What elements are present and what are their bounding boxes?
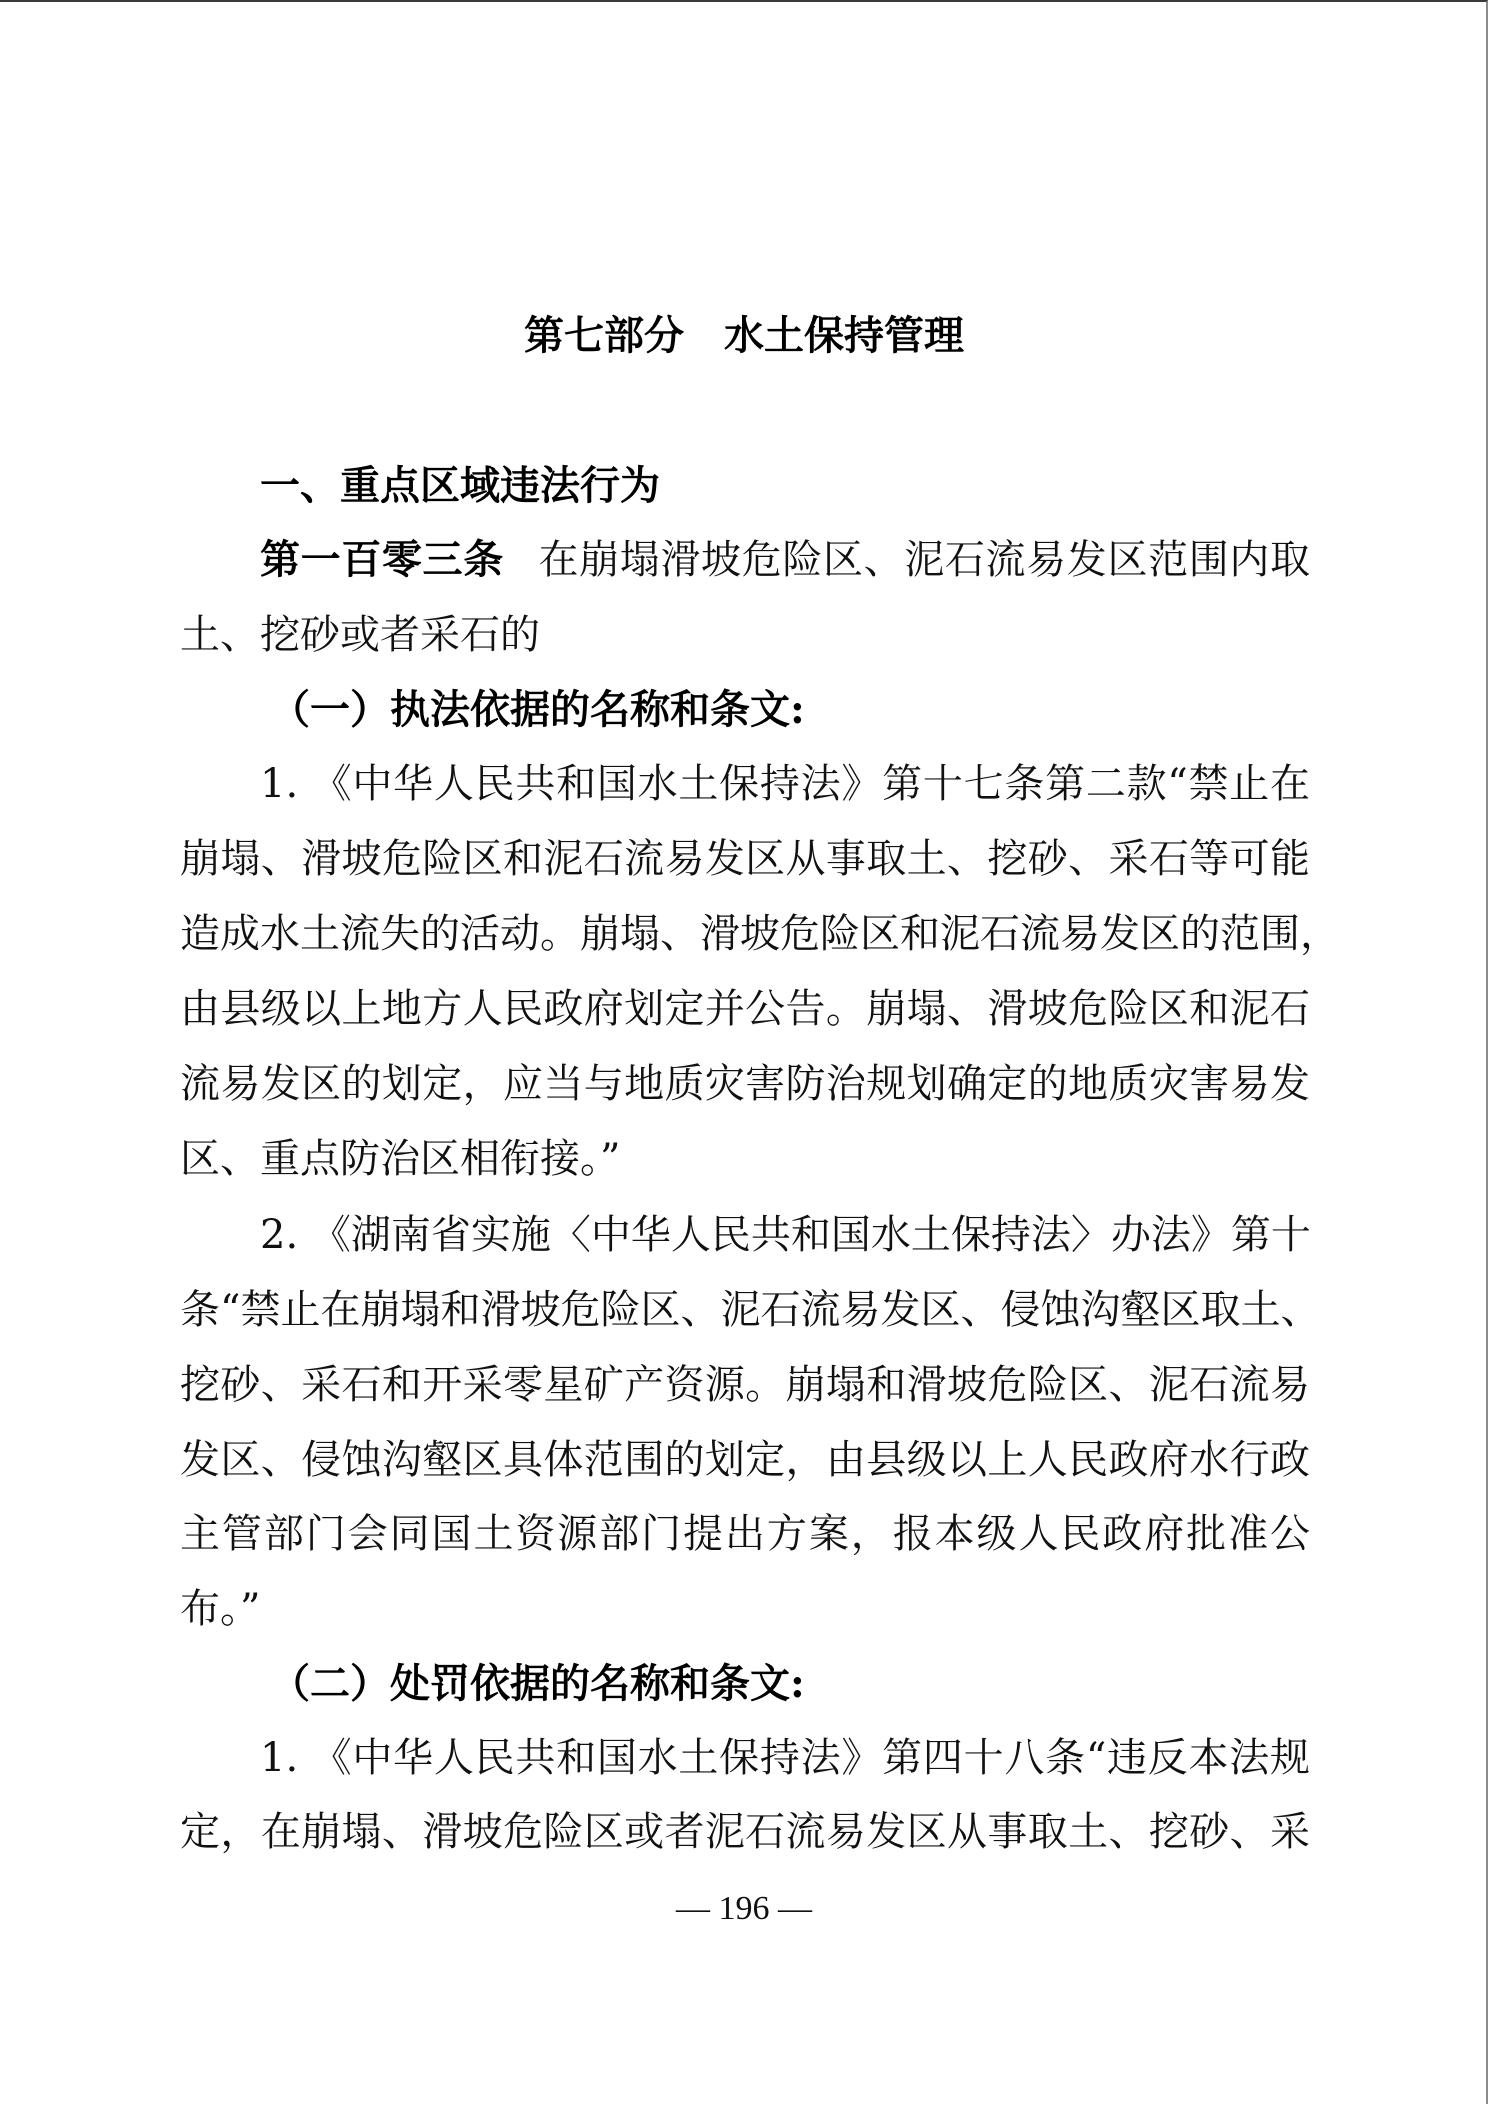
body-line: 条“禁止在崩塌和滑坡危险区、泥石流易发区、侵蚀沟壑区取土、 [180,1288,1310,1332]
body-line: 定，在崩塌、滑坡危险区或者泥石流易发区从事取土、挖砂、采 [180,1810,1310,1854]
body-line: 布。” [180,1587,1310,1631]
body-line: 崩塌、滑坡危险区和泥石流易发区从事取土、挖砂、采石等可能 [180,837,1310,881]
article-label: 第一百零三条 [260,537,504,583]
part-title: 第七部分 水土保持管理 [0,310,1488,362]
body-line: 由县级以上地方人民政府划定并公告。崩塌、滑坡危险区和泥石 [180,987,1310,1031]
body-line: 发区、侵蚀沟壑区具体范围的划定，由县级以上人民政府水行政 [180,1438,1310,1482]
body-line: 造成水土流失的活动。崩塌、滑坡危险区和泥石流易发区的范围， [180,912,1310,956]
article-text: 在崩塌滑坡危险区、泥石流易发区范围内取 [538,537,1310,583]
enforcement-basis-heading: （一）执法依据的名称和条文: [270,688,1310,732]
section-heading: 一、重点区域违法行为 [260,464,1310,508]
body-line: 2. 《湖南省实施〈中华人民共和国水土保持法〉办法》第十 [260,1213,1310,1257]
article-first-line: 第一百零三条在崩塌滑坡危险区、泥石流易发区范围内取 [260,538,1310,582]
article-line: 土、挖砂或者采石的 [180,613,1310,657]
body-line: 流易发区的划定，应当与地质灾害防治规划确定的地质灾害易发 [180,1062,1310,1106]
body-line: 挖砂、采石和开采零星矿产资源。崩塌和滑坡危险区、泥石流易 [180,1363,1310,1407]
body-line: 主管部门会同国土资源部门提出方案，报本级人民政府批准公 [180,1512,1310,1556]
body-line: 区、重点防治区相衔接。” [180,1137,1310,1181]
document-page: 第七部分 水土保持管理 一、重点区域违法行为 第一百零三条在崩塌滑坡危险区、泥石… [0,0,1488,2104]
penalty-basis-heading: （二）处罚依据的名称和条文: [270,1662,1310,1706]
body-line: 1. 《中华人民共和国水土保持法》第四十八条“违反本法规 [260,1736,1310,1780]
page-number: — 196 — [0,1886,1488,1932]
body-line: 1. 《中华人民共和国水土保持法》第十七条第二款“禁止在 [260,762,1310,806]
